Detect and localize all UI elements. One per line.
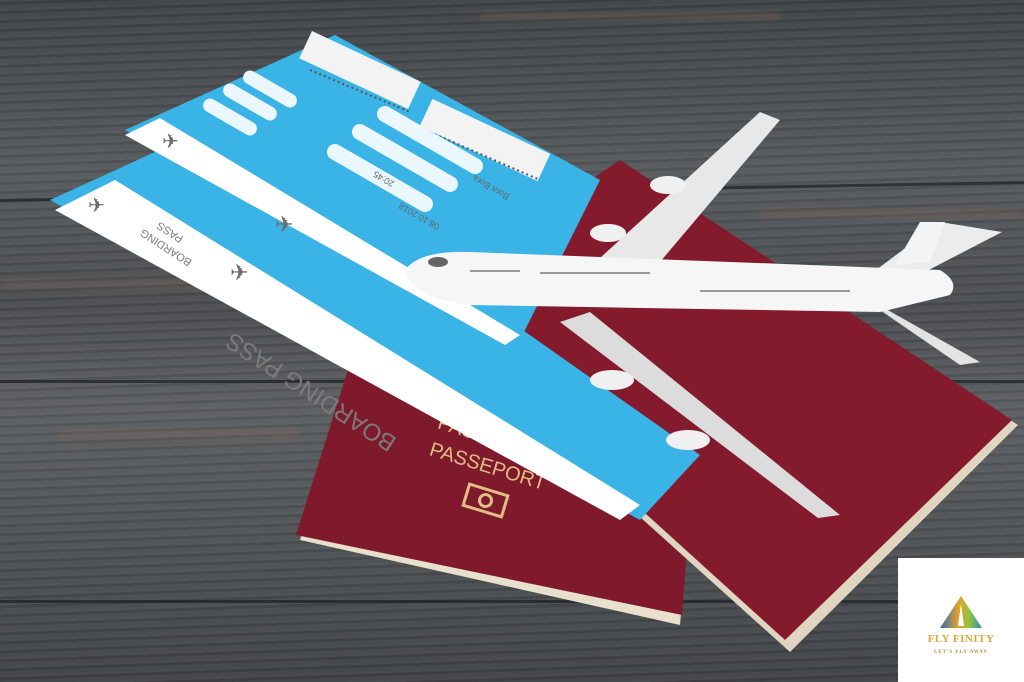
airplane-icon: ✈ bbox=[230, 260, 248, 285]
airplane-icon: ✈ bbox=[88, 195, 105, 217]
airplane-icon: ✈ bbox=[275, 212, 293, 237]
mountain-plane-icon bbox=[938, 596, 984, 630]
brand-tagline: LET'S FLY AWAY bbox=[898, 650, 1024, 655]
brand-logo: FLY FINITY LET'S FLY AWAY bbox=[898, 558, 1024, 682]
photo-objects: PASSPORT PASSPOR PASSEPORT BOARDING PASS… bbox=[0, 0, 1024, 682]
brand-name: FLY FINITY bbox=[898, 633, 1024, 645]
airplane-icon: ✈ bbox=[162, 131, 179, 153]
